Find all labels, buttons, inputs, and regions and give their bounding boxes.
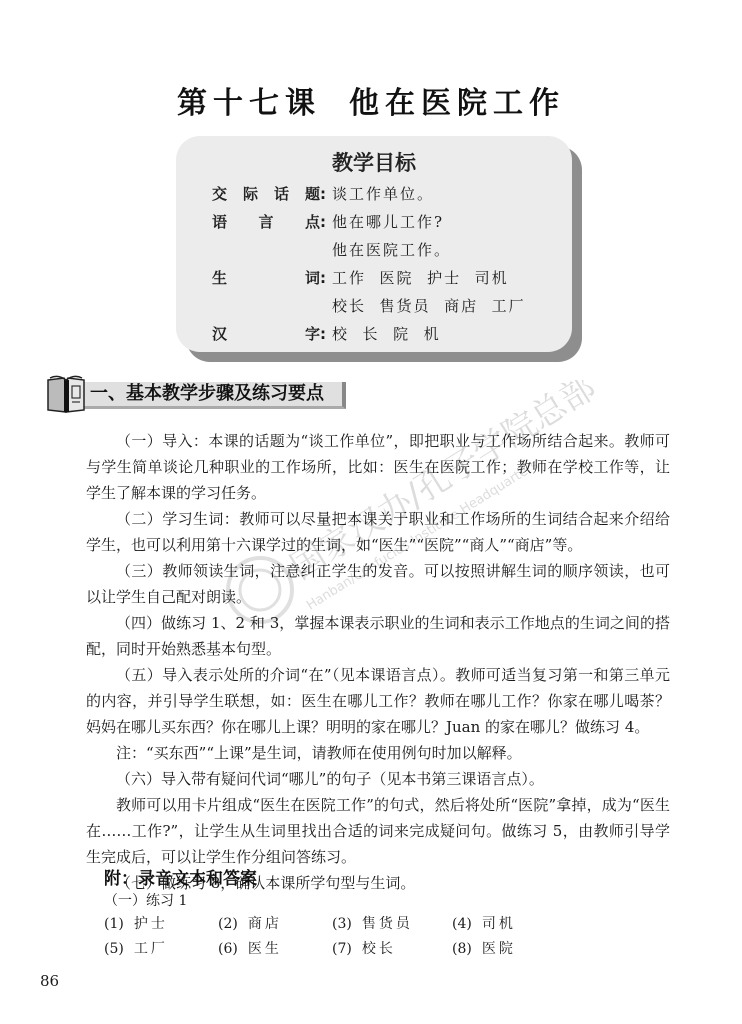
goal-row-topic: 交 际 话 题 : 谈工作单位。 [176, 180, 572, 208]
answer-item: (8)医院 [452, 937, 566, 962]
answer-list: (1)护士 (2)商店 (3)售货员 (4)司机 (5)工厂 (6)医生 (7)… [104, 912, 566, 962]
goal-value: 校长 售货员 商店 工厂 [332, 292, 526, 320]
goal-row-continued: 校长 售货员 商店 工厂 [176, 292, 572, 320]
goal-label: 语 言 点 [212, 208, 320, 236]
paragraph: 注：“买东西”“上课”是生词，请教师在使用例句时加以解释。 [86, 740, 670, 766]
teaching-goals-card: 教学目标 交 际 话 题 : 谈工作单位。 语 言 点 : 他在哪儿工作? 他在… [176, 136, 572, 352]
answer-item: (2)商店 [218, 912, 332, 937]
goal-row-characters: 汉 字 : 校 长 院 机 [176, 320, 572, 348]
answer-row: (1)护士 (2)商店 (3)售货员 (4)司机 [104, 912, 566, 937]
goal-label: 生 词 [212, 264, 320, 292]
paragraph: （四）做练习 1、2 和 3，掌握本课表示职业的生词和表示工作地点的生词之间的搭… [86, 610, 670, 662]
paragraph: （二）学习生词：教师可以尽量把本课关于职业和工作场所的生词结合起来介绍给学生，也… [86, 506, 670, 558]
lesson-number: 第十七课 [177, 86, 321, 121]
answer-row: (5)工厂 (6)医生 (7)校长 (8)医院 [104, 937, 566, 962]
answer-item: (5)工厂 [104, 937, 218, 962]
answer-item: (7)校长 [332, 937, 452, 962]
appendix-title: 附：录音文本和答案 [104, 864, 257, 889]
goal-row-language-point: 语 言 点 : 他在哪儿工作? [176, 208, 572, 236]
goal-value: 他在医院工作。 [332, 236, 451, 264]
book-icon [44, 374, 88, 414]
section-title: 一、基本教学步骤及练习要点 [90, 382, 324, 406]
goal-value: 校 长 院 机 [332, 320, 441, 348]
page-number: 86 [40, 972, 59, 990]
goal-value: 谈工作单位。 [332, 180, 434, 208]
lesson-title: 第十七课他在医院工作 [0, 78, 742, 122]
exercise-label: （一）练习 1 [104, 890, 187, 910]
goal-row-continued: 他在医院工作。 [176, 236, 572, 264]
paragraph: （三）教师领读生词，注意纠正学生的发音。可以按照讲解生词的顺序领读，也可以让学生… [86, 558, 670, 610]
goal-label: 汉 字 [212, 320, 320, 348]
paragraph: 教师可以用卡片组成“医生在医院工作”的句式，然后将处所“医院”拿掉，成为“医生在… [86, 792, 670, 870]
lesson-name: 他在医院工作 [349, 86, 565, 121]
instruction-steps: （一）导入：本课的话题为“谈工作单位”，即把职业与工作场所结合起来。教师可与学生… [86, 428, 670, 896]
answer-item: (6)医生 [218, 937, 332, 962]
answer-item: (1)护士 [104, 912, 218, 937]
paragraph: （一）导入：本课的话题为“谈工作单位”，即把职业与工作场所结合起来。教师可与学生… [86, 428, 670, 506]
goal-value: 他在哪儿工作? [332, 208, 444, 236]
goal-value: 工作 医院 护士 司机 [332, 264, 509, 292]
section-heading: 一、基本教学步骤及练习要点 [44, 374, 344, 414]
goals-heading: 教学目标 [176, 146, 572, 180]
answer-item: (3)售货员 [332, 912, 452, 937]
paragraph: （五）导入表示处所的介词“在”（见本课语言点）。教师可适当复习第一和第三单元的内… [86, 662, 670, 740]
paragraph: （六）导入带有疑问代词“哪儿”的句子（见本书第三课语言点）。 [86, 766, 670, 792]
goal-row-vocabulary: 生 词 : 工作 医院 护士 司机 [176, 264, 572, 292]
goal-label: 交 际 话 题 [212, 180, 320, 208]
answer-item: (4)司机 [452, 912, 566, 937]
